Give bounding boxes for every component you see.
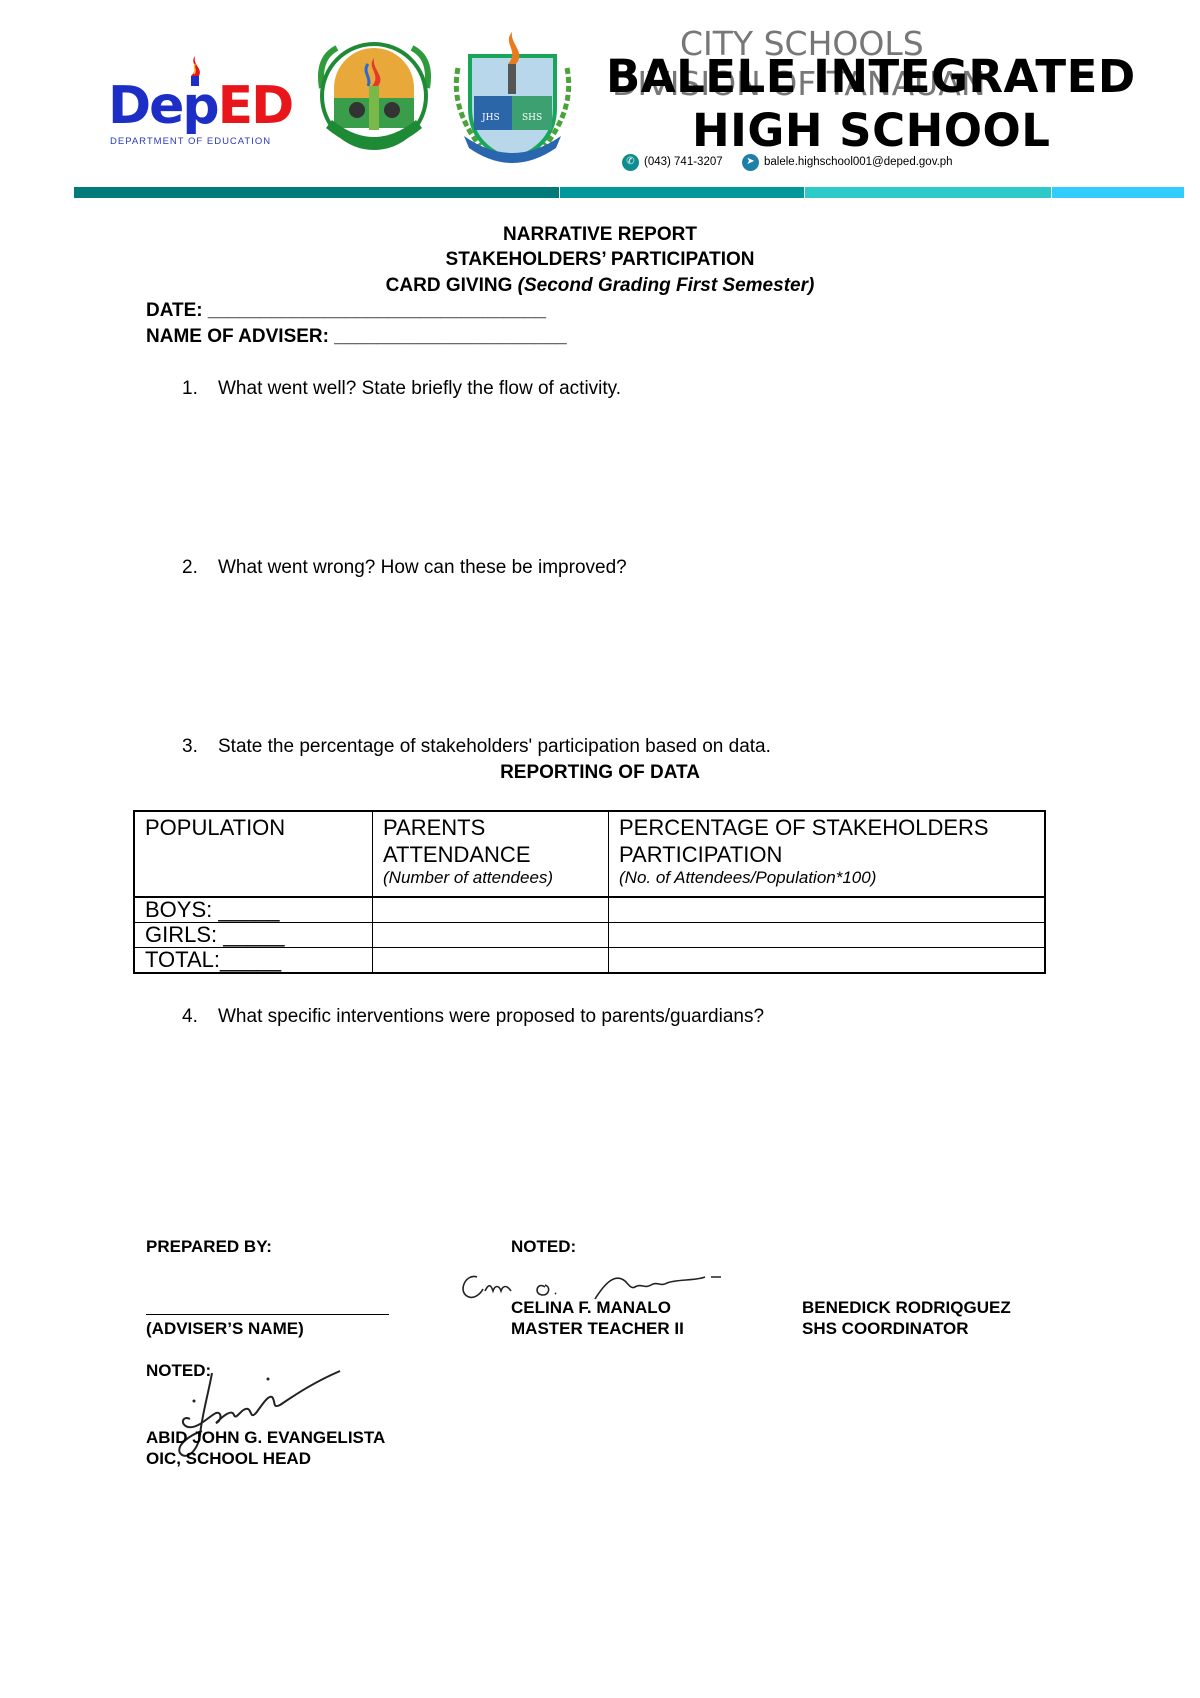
row-label: TOTAL:_____ [134,948,373,974]
deped-wordmark: DepED [108,80,292,132]
table-row: GIRLS: _____ [134,923,1045,948]
report-title: NARRATIVE REPORT [0,224,1200,246]
report-activity: CARD GIVING (Second Grading First Semest… [0,275,1200,297]
row-label: BOYS: _____ [134,897,373,923]
attendance-cell[interactable] [373,897,609,923]
date-label: DATE: [146,300,208,321]
svg-text:SHS: SHS [522,113,542,123]
percentage-cell[interactable] [609,923,1046,948]
header-parents-attendance: PARENTS ATTENDANCE(Number of attendees) [373,811,609,897]
adviser-blank[interactable]: ______________________ [334,326,566,347]
noted-label: NOTED: [146,1360,211,1381]
school-name-line-1: BALELE INTEGRATED [606,50,1136,103]
accent-bar-2 [560,187,804,198]
city-schools-division-seal-icon [312,28,437,168]
accent-bar-4 [1052,187,1184,198]
date-field: DATE: ________________________________ [146,300,546,322]
signatory-title: SHS COORDINATOR [802,1318,969,1339]
attendance-cell[interactable] [373,948,609,974]
signatory-name: BENEDICK RODRIQGUEZ [802,1297,1011,1318]
school-name-line-2: HIGH SCHOOL [692,104,1050,157]
percentage-cell[interactable] [609,948,1046,974]
question-4: 4.What specific interventions were propo… [182,1006,764,1028]
question-1: 1.What went well? State briefly the flow… [182,378,621,400]
send-icon: ➤ [742,154,759,171]
date-blank[interactable]: ________________________________ [208,300,546,321]
accent-bar-1 [74,187,559,198]
report-subtitle: STAKEHOLDERS’ PARTICIPATION [0,249,1200,271]
reporting-table: POPULATION PARENTS ATTENDANCE(Number of … [133,810,1046,974]
attendance-cell[interactable] [373,923,609,948]
balele-school-seal-icon: JHS SHS [450,28,575,168]
percentage-cell[interactable] [609,897,1046,923]
table-row: TOTAL:_____ [134,948,1045,974]
contact-email: ➤ balele.highschool001@deped.gov.ph [742,152,953,172]
header-percentage: PERCENTAGE OF STAKEHOLDERS PARTICIPATION… [609,811,1046,897]
adviser-signature-line [146,1314,389,1315]
noted-label: NOTED: [511,1236,576,1257]
table-row: BOYS: _____ [134,897,1045,923]
adviser-name-caption: (ADVISER’S NAME) [146,1318,304,1339]
accent-bar-3 [805,187,1051,198]
signatory-title: MASTER TEACHER II [511,1318,684,1339]
email-address: balele.highschool001@deped.gov.ph [764,156,953,168]
header-population: POPULATION [134,811,373,897]
signatory-title: OIC, SCHOOL HEAD [146,1448,311,1469]
deped-logo: DepED DEPARTMENT OF EDUCATION [108,52,298,152]
row-label: GIRLS: _____ [134,923,373,948]
prepared-by-label: PREPARED BY: [146,1236,272,1257]
question-3: 3.State the percentage of stakeholders' … [182,736,771,758]
reporting-of-data-heading: REPORTING OF DATA [0,762,1200,784]
svg-text:JHS: JHS [481,113,500,123]
adviser-field: NAME OF ADVISER: ______________________ [146,326,567,348]
phone-icon: ✆ [622,154,639,171]
adviser-label: NAME OF ADVISER: [146,326,334,347]
question-2: 2.What went wrong? How can these be impr… [182,557,627,579]
deped-subtitle: DEPARTMENT OF EDUCATION [110,136,271,147]
table-header-row: POPULATION PARENTS ATTENDANCE(Number of … [134,811,1045,897]
signatory-name: CELINA F. MANALO [511,1297,671,1318]
phone-number: (043) 741-3207 [644,156,723,168]
signatory-name: ABID JOHN G. EVANGELISTA [146,1427,385,1448]
contact-phone: ✆ (043) 741-3207 [622,152,723,172]
